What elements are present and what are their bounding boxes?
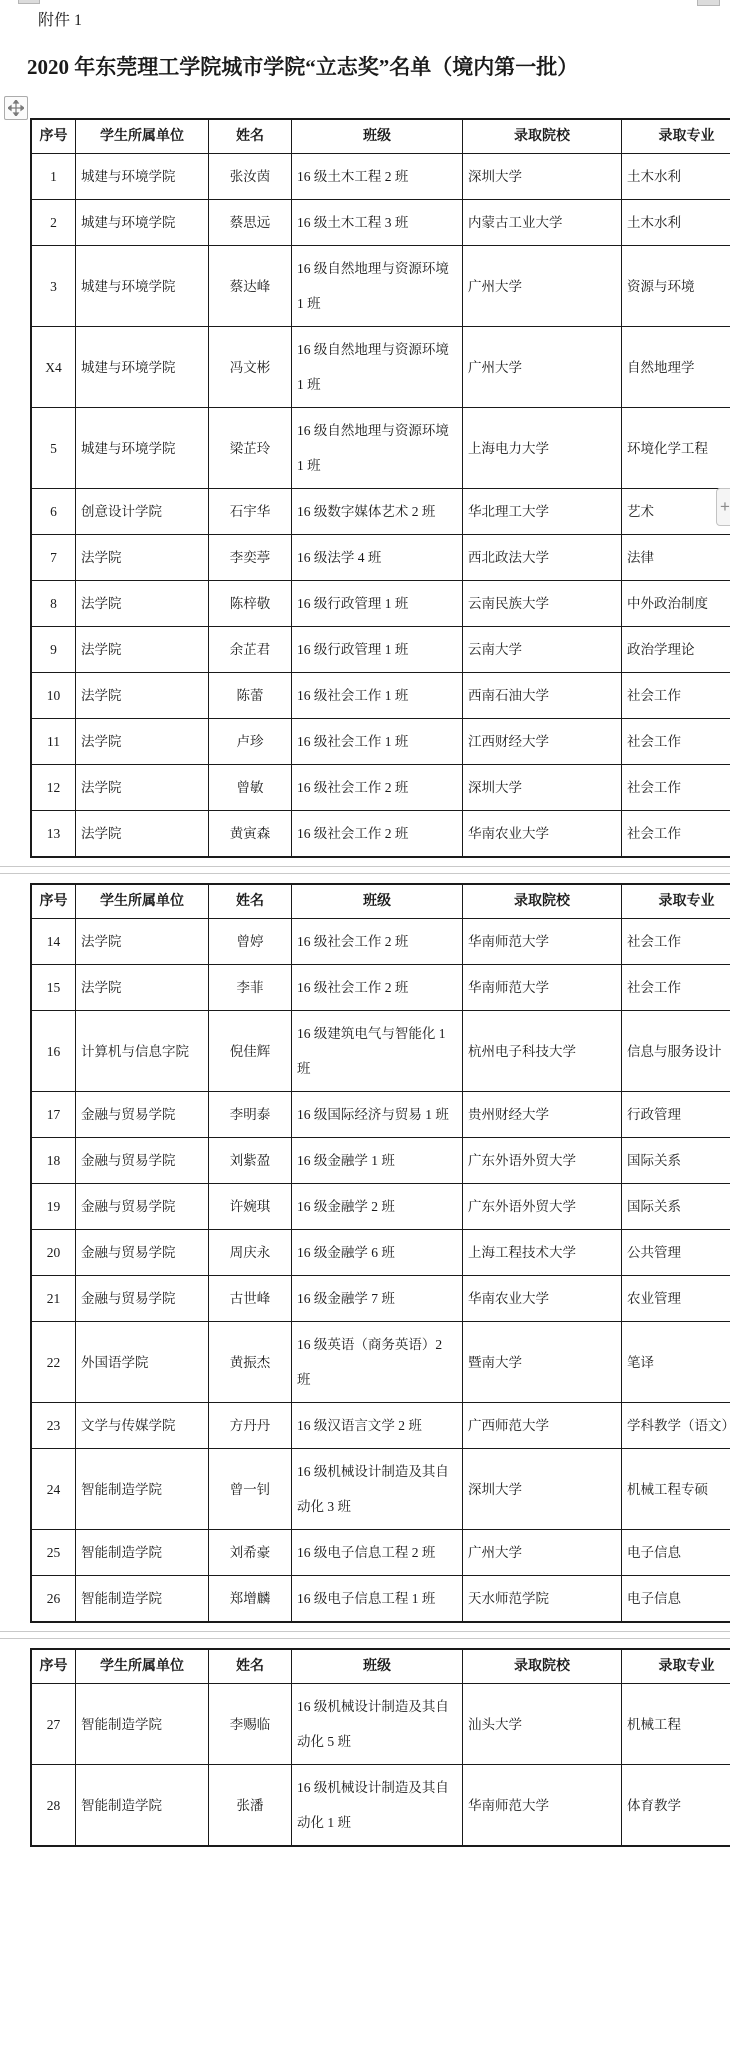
cell-seq: 28 (31, 1765, 76, 1847)
cell-seq: 22 (31, 1322, 76, 1403)
cell-college: 西北政法大学 (463, 535, 622, 581)
cell-name: 蔡达峰 (209, 246, 292, 327)
cell-college: 汕头大学 (463, 1684, 622, 1765)
cell-college: 暨南大学 (463, 1322, 622, 1403)
col-header-unit: 学生所属单位 (76, 884, 209, 919)
cell-class: 16 级机械设计制造及其自动化 1 班 (292, 1765, 463, 1847)
cell-unit: 法学院 (76, 765, 209, 811)
cell-major: 社会工作 (622, 719, 730, 765)
cell-seq: 24 (31, 1449, 76, 1530)
table-row: 14法学院曾婷16 级社会工作 2 班华南师范大学社会工作 (31, 919, 730, 965)
cell-college: 深圳大学 (463, 154, 622, 200)
cell-seq: 1 (31, 154, 76, 200)
table-row: 22外国语学院黄振杰16 级英语（商务英语）2 班暨南大学笔译 (31, 1322, 730, 1403)
cell-college: 深圳大学 (463, 765, 622, 811)
cell-name: 冯文彬 (209, 327, 292, 408)
cell-name: 刘紫盈 (209, 1138, 292, 1184)
page-title: 2020 年东莞理工学院城市学院“立志奖”名单（境内第一批） (27, 52, 730, 82)
cell-class: 16 级社会工作 2 班 (292, 811, 463, 858)
cell-seq: 18 (31, 1138, 76, 1184)
cell-college: 江西财经大学 (463, 719, 622, 765)
cell-name: 曾婷 (209, 919, 292, 965)
cell-seq: X4 (31, 327, 76, 408)
table-row: 21金融与贸易学院古世峰16 级金融学 7 班华南农业大学农业管理 (31, 1276, 730, 1322)
col-header-college: 录取院校 (463, 119, 622, 154)
col-header-seq: 序号 (31, 1649, 76, 1684)
cell-major: 机械工程 (622, 1684, 730, 1765)
cell-name: 李奕葶 (209, 535, 292, 581)
cell-unit: 法学院 (76, 673, 209, 719)
table-move-handle[interactable] (4, 96, 28, 120)
page-break-separator (0, 866, 730, 875)
table-row: 10法学院陈蕾16 级社会工作 1 班西南石油大学社会工作 (31, 673, 730, 719)
cell-class: 16 级法学 4 班 (292, 535, 463, 581)
cell-unit: 智能制造学院 (76, 1530, 209, 1576)
cell-seq: 2 (31, 200, 76, 246)
cell-class: 16 级机械设计制造及其自动化 3 班 (292, 1449, 463, 1530)
cell-class: 16 级自然地理与资源环境 1 班 (292, 327, 463, 408)
cell-unit: 计算机与信息字院 (76, 1011, 209, 1092)
cell-class: 16 级社会工作 2 班 (292, 765, 463, 811)
awards-table-part-2: 序号学生所属单位姓名班级录取院校录取专业14法学院曾婷16 级社会工作 2 班华… (30, 883, 730, 1623)
cell-unit: 金融与贸易学院 (76, 1276, 209, 1322)
col-header-seq: 序号 (31, 884, 76, 919)
cell-name: 古世峰 (209, 1276, 292, 1322)
table-row: 5城建与环境学院梁芷玲16 级自然地理与资源环境 1 班上海电力大学环境化学工程 (31, 408, 730, 489)
cell-seq: 3 (31, 246, 76, 327)
col-header-college: 录取院校 (463, 1649, 622, 1684)
cell-seq: 25 (31, 1530, 76, 1576)
cell-class: 16 级行政管理 1 班 (292, 581, 463, 627)
table-row: X4城建与环境学院冯文彬16 级自然地理与资源环境 1 班广州大学自然地理学 (31, 327, 730, 408)
table-row: 8法学院陈梓敬16 级行政管理 1 班云南民族大学中外政治制度 (31, 581, 730, 627)
cell-major: 笔译 (622, 1322, 730, 1403)
cell-college: 广东外语外贸大学 (463, 1184, 622, 1230)
cell-college: 华南农业大学 (463, 1276, 622, 1322)
awards-table-part-1: 序号学生所属单位姓名班级录取院校录取专业1城建与环境学院张汝茵16 级土木工程 … (30, 118, 730, 858)
cell-seq: 23 (31, 1403, 76, 1449)
cell-class: 16 级社会工作 2 班 (292, 965, 463, 1011)
cell-seq: 6 (31, 489, 76, 535)
col-header-unit: 学生所属单位 (76, 119, 209, 154)
cell-unit: 金融与贸易学院 (76, 1184, 209, 1230)
cell-class: 16 级金融学 6 班 (292, 1230, 463, 1276)
cell-seq: 26 (31, 1576, 76, 1623)
cell-seq: 19 (31, 1184, 76, 1230)
cell-major: 电子信息 (622, 1530, 730, 1576)
attachment-label: 附件 1 (38, 10, 730, 32)
cell-college: 天水师范学院 (463, 1576, 622, 1623)
col-header-name: 姓名 (209, 1649, 292, 1684)
cell-name: 郑增麟 (209, 1576, 292, 1623)
cell-unit: 法学院 (76, 535, 209, 581)
col-header-major: 录取专业 (622, 1649, 730, 1684)
cell-unit: 城建与环境学院 (76, 200, 209, 246)
cell-college: 上海电力大学 (463, 408, 622, 489)
cell-class: 16 级社会工作 1 班 (292, 719, 463, 765)
cell-unit: 金融与贸易学院 (76, 1138, 209, 1184)
cell-name: 李明泰 (209, 1092, 292, 1138)
cell-name: 张汝茵 (209, 154, 292, 200)
cell-seq: 17 (31, 1092, 76, 1138)
cell-seq: 8 (31, 581, 76, 627)
move-icon (8, 100, 24, 116)
cell-major: 资源与环境 (622, 246, 730, 327)
table-row: 2城建与环境学院蔡思远16 级土木工程 3 班内蒙古工业大学土木水利 (31, 200, 730, 246)
table-row: 15法学院李菲16 级社会工作 2 班华南师范大学社会工作 (31, 965, 730, 1011)
cell-name: 许婉琪 (209, 1184, 292, 1230)
cell-unit: 城建与环境学院 (76, 154, 209, 200)
col-header-major: 录取专业 (622, 119, 730, 154)
page-break-separator (0, 1631, 730, 1640)
cell-major: 中外政治制度 (622, 581, 730, 627)
cell-college: 深圳大学 (463, 1449, 622, 1530)
plus-icon: + (720, 497, 730, 516)
cell-seq: 11 (31, 719, 76, 765)
table-row: 25智能制造学院刘希豪16 级电子信息工程 2 班广州大学电子信息 (31, 1530, 730, 1576)
cell-name: 李赐临 (209, 1684, 292, 1765)
cell-class: 16 级国际经济与贸易 1 班 (292, 1092, 463, 1138)
cell-class: 16 级数字媒体艺术 2 班 (292, 489, 463, 535)
cell-major: 艺术 (622, 489, 730, 535)
cell-class: 16 级电子信息工程 1 班 (292, 1576, 463, 1623)
cell-college: 华北理工大学 (463, 489, 622, 535)
cell-seq: 27 (31, 1684, 76, 1765)
cell-unit: 法学院 (76, 627, 209, 673)
table-row: 9法学院余芷君16 级行政管理 1 班云南大学政治学理论 (31, 627, 730, 673)
cell-class: 16 级社会工作 2 班 (292, 919, 463, 965)
cell-name: 黄振杰 (209, 1322, 292, 1403)
cell-unit: 法学院 (76, 919, 209, 965)
cell-major: 体育教学 (622, 1765, 730, 1847)
cell-major: 法律 (622, 535, 730, 581)
cell-unit: 法学院 (76, 719, 209, 765)
awards-table-part-3: 序号学生所属单位姓名班级录取院校录取专业27智能制造学院李赐临16 级机械设计制… (30, 1648, 730, 1847)
cell-name: 刘希豪 (209, 1530, 292, 1576)
cell-college: 华南师范大学 (463, 965, 622, 1011)
cell-college: 云南民族大学 (463, 581, 622, 627)
page-break-line (0, 873, 730, 874)
table-row: 7法学院李奕葶16 级法学 4 班西北政法大学法律 (31, 535, 730, 581)
cell-name: 陈蕾 (209, 673, 292, 719)
cell-college: 上海工程技术大学 (463, 1230, 622, 1276)
table-row: 27智能制造学院李赐临16 级机械设计制造及其自动化 5 班汕头大学机械工程 (31, 1684, 730, 1765)
cell-class: 16 级土木工程 2 班 (292, 154, 463, 200)
table-row: 16计算机与信息字院倪佳辉16 级建筑电气与智能化 1 班杭州电子科技大学信息与… (31, 1011, 730, 1092)
header-row: 序号学生所属单位姓名班级录取院校录取专业 (31, 119, 730, 154)
cell-unit: 智能制造学院 (76, 1684, 209, 1765)
col-header-class: 班级 (292, 119, 463, 154)
cell-seq: 9 (31, 627, 76, 673)
cell-name: 张潘 (209, 1765, 292, 1847)
table-row: 19金融与贸易学院许婉琪16 级金融学 2 班广东外语外贸大学国际关系 (31, 1184, 730, 1230)
cell-unit: 法学院 (76, 965, 209, 1011)
cell-unit: 智能制造学院 (76, 1765, 209, 1847)
cell-unit: 城建与环境学院 (76, 408, 209, 489)
header-row: 序号学生所属单位姓名班级录取院校录取专业 (31, 884, 730, 919)
cell-major: 机械工程专硕 (622, 1449, 730, 1530)
cell-seq: 14 (31, 919, 76, 965)
col-header-college: 录取院校 (463, 884, 622, 919)
table-row: 23文学与传媒学院方丹丹16 级汉语言文学 2 班广西师范大学学科教学（语文） (31, 1403, 730, 1449)
cell-class: 16 级金融学 1 班 (292, 1138, 463, 1184)
cell-major: 电子信息 (622, 1576, 730, 1623)
cell-unit: 文学与传媒学院 (76, 1403, 209, 1449)
cell-unit: 法学院 (76, 811, 209, 858)
cell-name: 周庆永 (209, 1230, 292, 1276)
cell-name: 李菲 (209, 965, 292, 1011)
cell-college: 广州大学 (463, 327, 622, 408)
cell-college: 广东外语外贸大学 (463, 1138, 622, 1184)
cell-college: 华南师范大学 (463, 1765, 622, 1847)
cell-major: 公共管理 (622, 1230, 730, 1276)
cell-class: 16 级金融学 2 班 (292, 1184, 463, 1230)
cell-major: 土木水利 (622, 154, 730, 200)
cell-seq: 7 (31, 535, 76, 581)
cell-college: 内蒙古工业大学 (463, 200, 622, 246)
cell-unit: 城建与环境学院 (76, 246, 209, 327)
cell-major: 信息与服务设计 (622, 1011, 730, 1092)
table-row: 20金融与贸易学院周庆永16 级金融学 6 班上海工程技术大学公共管理 (31, 1230, 730, 1276)
cell-major: 社会工作 (622, 919, 730, 965)
table-row: 1城建与环境学院张汝茵16 级土木工程 2 班深圳大学土木水利 (31, 154, 730, 200)
cell-college: 广州大学 (463, 1530, 622, 1576)
cell-name: 石宇华 (209, 489, 292, 535)
cell-major: 社会工作 (622, 965, 730, 1011)
page-break-line (0, 1638, 730, 1639)
cell-major: 行政管理 (622, 1092, 730, 1138)
table-row: 28智能制造学院张潘16 级机械设计制造及其自动化 1 班华南师范大学体育教学 (31, 1765, 730, 1847)
col-header-name: 姓名 (209, 884, 292, 919)
table-row: 13法学院黄寅森16 级社会工作 2 班华南农业大学社会工作 (31, 811, 730, 858)
insert-row-button[interactable]: + (716, 488, 730, 526)
cell-major: 政治学理论 (622, 627, 730, 673)
cell-college: 贵州财经大学 (463, 1092, 622, 1138)
cell-class: 16 级汉语言文学 2 班 (292, 1403, 463, 1449)
cell-class: 16 级建筑电气与智能化 1 班 (292, 1011, 463, 1092)
document-page: { "page": { "attachment_label": "附件 1", … (0, 0, 730, 2072)
cell-college: 云南大学 (463, 627, 622, 673)
cell-seq: 10 (31, 673, 76, 719)
cell-major: 学科教学（语文） (622, 1403, 730, 1449)
table-row: 24智能制造学院曾一钊16 级机械设计制造及其自动化 3 班深圳大学机械工程专硕 (31, 1449, 730, 1530)
table-row: 26智能制造学院郑增麟16 级电子信息工程 1 班天水师范学院电子信息 (31, 1576, 730, 1623)
cell-seq: 16 (31, 1011, 76, 1092)
cell-major: 社会工作 (622, 811, 730, 858)
cell-seq: 20 (31, 1230, 76, 1276)
cell-class: 16 级土木工程 3 班 (292, 200, 463, 246)
cell-name: 曾敏 (209, 765, 292, 811)
cell-class: 16 级行政管理 1 班 (292, 627, 463, 673)
cell-unit: 外国语学院 (76, 1322, 209, 1403)
cell-college: 西南石油大学 (463, 673, 622, 719)
col-header-name: 姓名 (209, 119, 292, 154)
cell-name: 黄寅森 (209, 811, 292, 858)
cell-seq: 21 (31, 1276, 76, 1322)
cell-major: 环境化学工程 (622, 408, 730, 489)
table-row: 12法学院曾敏16 级社会工作 2 班深圳大学社会工作 (31, 765, 730, 811)
cell-unit: 金融与贸易学院 (76, 1230, 209, 1276)
cell-class: 16 级机械设计制造及其自动化 5 班 (292, 1684, 463, 1765)
cell-name: 余芷君 (209, 627, 292, 673)
table-row: 17金融与贸易学院李明泰16 级国际经济与贸易 1 班贵州财经大学行政管理 (31, 1092, 730, 1138)
cell-major: 农业管理 (622, 1276, 730, 1322)
cell-name: 倪佳辉 (209, 1011, 292, 1092)
cell-unit: 智能制造学院 (76, 1576, 209, 1623)
cell-college: 华南师范大学 (463, 919, 622, 965)
cell-class: 16 级自然地理与资源环境 1 班 (292, 408, 463, 489)
cell-unit: 法学院 (76, 581, 209, 627)
cell-college: 华南农业大学 (463, 811, 622, 858)
cell-name: 曾一钊 (209, 1449, 292, 1530)
cell-major: 社会工作 (622, 765, 730, 811)
col-header-major: 录取专业 (622, 884, 730, 919)
cell-major: 自然地理学 (622, 327, 730, 408)
cell-unit: 创意设计学院 (76, 489, 209, 535)
cell-college: 广州大学 (463, 246, 622, 327)
cell-seq: 13 (31, 811, 76, 858)
cell-college: 杭州电子科技大学 (463, 1011, 622, 1092)
table-row: 18金融与贸易学院刘紫盈16 级金融学 1 班广东外语外贸大学国际关系 (31, 1138, 730, 1184)
cell-class: 16 级自然地理与资源环境 1 班 (292, 246, 463, 327)
cell-major: 社会工作 (622, 673, 730, 719)
cell-major: 土木水利 (622, 200, 730, 246)
page-break-line (0, 866, 730, 867)
cell-unit: 城建与环境学院 (76, 327, 209, 408)
col-header-class: 班级 (292, 884, 463, 919)
col-header-class: 班级 (292, 1649, 463, 1684)
cell-name: 陈梓敬 (209, 581, 292, 627)
col-header-seq: 序号 (31, 119, 76, 154)
cell-seq: 12 (31, 765, 76, 811)
table-row: 11法学院卢珍16 级社会工作 1 班江西财经大学社会工作 (31, 719, 730, 765)
cell-class: 16 级社会工作 1 班 (292, 673, 463, 719)
cell-seq: 5 (31, 408, 76, 489)
clipped-handle-fragment-right (697, 0, 720, 6)
table-row: 3城建与环境学院蔡达峰16 级自然地理与资源环境 1 班广州大学资源与环境 (31, 246, 730, 327)
cell-class: 16 级英语（商务英语）2 班 (292, 1322, 463, 1403)
cell-college: 广西师范大学 (463, 1403, 622, 1449)
cell-class: 16 级电子信息工程 2 班 (292, 1530, 463, 1576)
cell-major: 国际关系 (622, 1184, 730, 1230)
cell-seq: 15 (31, 965, 76, 1011)
cell-class: 16 级金融学 7 班 (292, 1276, 463, 1322)
cell-name: 梁芷玲 (209, 408, 292, 489)
cell-name: 方丹丹 (209, 1403, 292, 1449)
cell-unit: 金融与贸易学院 (76, 1092, 209, 1138)
cell-name: 卢珍 (209, 719, 292, 765)
clipped-handle-fragment-left (18, 0, 40, 4)
header-row: 序号学生所属单位姓名班级录取院校录取专业 (31, 1649, 730, 1684)
col-header-unit: 学生所属单位 (76, 1649, 209, 1684)
page-break-line (0, 1631, 730, 1632)
table-row: 6创意设计学院石宇华16 级数字媒体艺术 2 班华北理工大学艺术 (31, 489, 730, 535)
cell-major: 国际关系 (622, 1138, 730, 1184)
cell-unit: 智能制造学院 (76, 1449, 209, 1530)
cell-name: 蔡思远 (209, 200, 292, 246)
